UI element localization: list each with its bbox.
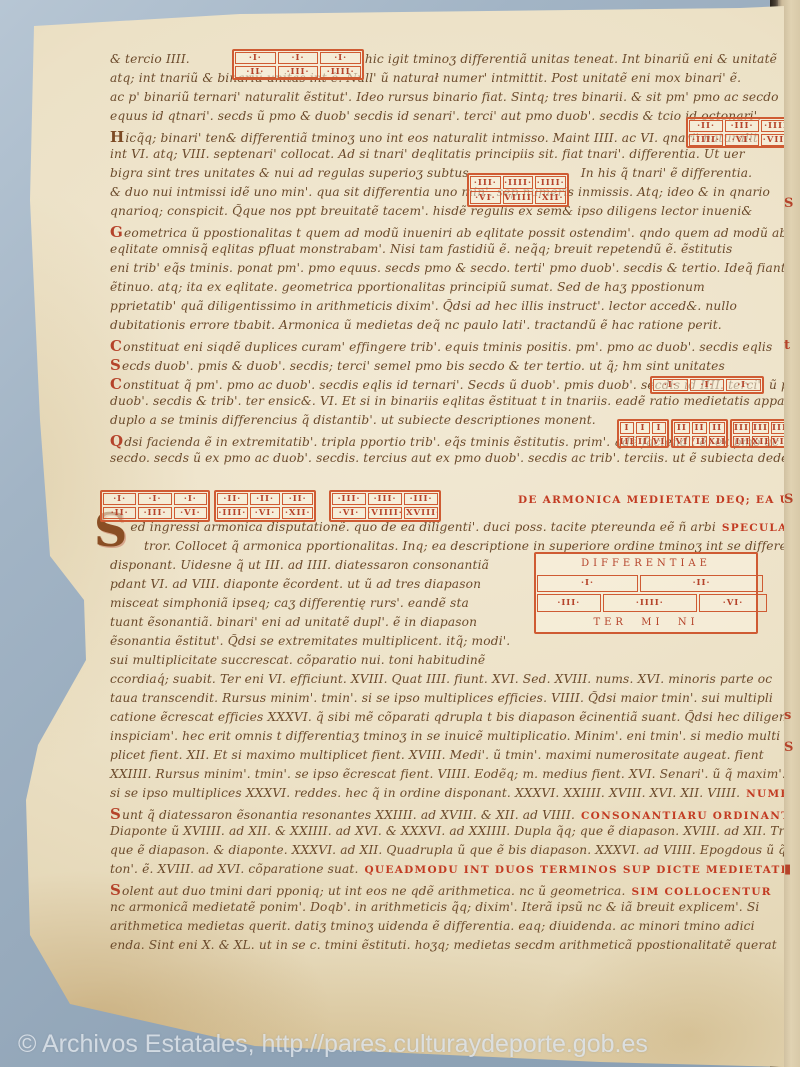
roman-numeral-cell: III — [752, 422, 769, 434]
table-row: ·II··III··IIII· — [688, 119, 796, 133]
roman-numeral-cell: ·II· — [250, 493, 281, 505]
roman-numeral-cell: ·III· — [332, 493, 366, 505]
roman-numeral-cell: I — [636, 422, 650, 434]
roman-numeral-cell: ·III· — [138, 507, 171, 519]
roman-numeral-cell: ·VI· — [725, 134, 759, 146]
roman-numeral-cell: ·IIII· — [689, 134, 723, 146]
roman-numeral-cell: ·I· — [726, 379, 761, 391]
table-row: ·VI··VIIII··XII· — [469, 190, 567, 205]
table-row: ·I··I··I· — [102, 492, 208, 506]
facing-page-letter-fragment: t — [784, 338, 790, 353]
roman-numeral-cell: ·I· — [320, 52, 361, 64]
roman-numeral-cell: ·XII· — [282, 507, 313, 519]
roman-numeral-cell: ·III· — [278, 66, 319, 78]
roman-numeral-cell: ·III· — [404, 493, 438, 505]
roman-numeral-cell: ·I· — [174, 493, 207, 505]
facing-page-letter-fragment: S — [784, 492, 793, 507]
copyright-watermark: © Archivos Estatales, http://pares.cultu… — [18, 1030, 798, 1059]
table-row: IIIIIIIII — [732, 421, 789, 435]
roman-numeral-cell: ·VIIII· — [368, 507, 402, 519]
table-row: IIIIII — [673, 421, 726, 435]
table-row: ·III··IIII··IIII· — [469, 175, 567, 190]
roman-numeral-cell: ·VI· — [332, 507, 366, 519]
roman-numeral-cell: II — [674, 422, 690, 434]
roman-numeral-cell: ·IIII· — [503, 176, 534, 189]
roman-numeral-cell: I — [620, 422, 634, 434]
table-row: ·II··II··II· — [216, 492, 314, 506]
roman-numeral-cell: ·VI· — [470, 191, 501, 204]
roman-numeral-cell: ·III· — [725, 120, 759, 132]
table-row: ·II··III··VI· — [102, 506, 208, 520]
roman-numeral-cell: ·I· — [653, 379, 688, 391]
numeral-table: ·II··II··II··IIII··VI··XII· — [214, 490, 316, 522]
parchment-page: & tercio IIII.hic igit tminoʒ differenti… — [0, 0, 784, 1067]
table-row: ·I··II· — [536, 574, 756, 594]
roman-numeral-cell: IIII — [636, 436, 650, 448]
table-row: ·I··I··I· — [234, 51, 362, 65]
roman-numeral-cell: ·I· — [138, 493, 171, 505]
roman-numeral-cell: III — [733, 422, 750, 434]
roman-numeral-cell: ·III· — [537, 594, 601, 612]
facing-page-letter-fragment: S — [784, 196, 793, 211]
table-row: ·IIII··VI··XII· — [216, 506, 314, 520]
roman-numeral-cell: XII — [752, 436, 769, 448]
roman-numeral-cell: VIIII — [733, 436, 750, 448]
facing-page-letter-fragment: s — [784, 708, 791, 723]
table-row: ·II··III··IIII· — [234, 65, 362, 79]
roman-numeral-cell: ·IIII· — [217, 507, 248, 519]
table-footer-termini: TER MI NI — [536, 613, 756, 633]
roman-numeral-cell: II — [692, 422, 708, 434]
roman-numeral-cell: ·II· — [235, 66, 276, 78]
table-row: III — [619, 421, 667, 435]
table-row: ·III··III··III· — [331, 492, 439, 506]
numeral-table: IIIIIIIIIVIIIIXIIXVIII — [730, 419, 791, 448]
roman-numeral-cell: ·II· — [282, 493, 313, 505]
table-row: VIVIIIXII — [673, 435, 726, 449]
roman-numeral-cell: ·I· — [690, 379, 725, 391]
table-row: ·I··I··I· — [652, 378, 762, 392]
roman-numeral-cell: XII — [709, 436, 725, 448]
numeral-table: IIIIIIVIVIIIXII — [671, 419, 728, 448]
roman-numeral-cell: ·IIII· — [603, 594, 697, 612]
roman-numeral-cell: ·III· — [470, 176, 501, 189]
roman-numeral-cell: ·I· — [278, 52, 319, 64]
numeral-table: ·III··IIII··IIII··VI··VIIII··XII· — [467, 173, 569, 207]
table-row: ·IIII··VI··VIII· — [688, 133, 796, 147]
roman-numeral-cell: ·II· — [103, 507, 136, 519]
table-row: ·III··IIII··VI· — [536, 593, 756, 613]
tables-layer: ·I··I··I··II··III··IIII··II··III··IIII··… — [0, 0, 784, 1067]
roman-numeral-cell: ·II· — [640, 575, 763, 593]
table-row: VIIIIXIIXVIII — [732, 435, 789, 449]
differentiae-termini-table: DIFFERENTIAE·I··II··III··IIII··VI·TER MI… — [534, 552, 758, 634]
roman-numeral-cell: ·VI· — [174, 507, 207, 519]
table-header-differentiae: DIFFERENTIAE — [536, 554, 756, 574]
roman-numeral-cell: ·VI· — [250, 507, 281, 519]
numeral-table: ·II··III··IIII··IIII··VI··VIII· — [686, 117, 798, 148]
roman-numeral-cell: ·II· — [217, 493, 248, 505]
roman-numeral-cell: VI — [674, 436, 690, 448]
numeral-table: ·I··I··I··II··III··IIII· — [232, 49, 364, 80]
roman-numeral-cell: ·I· — [103, 493, 136, 505]
facing-page-letter-fragment: ▮ — [784, 862, 791, 877]
roman-numeral-cell: ·I· — [235, 52, 276, 64]
roman-numeral-cell: ·IIII· — [320, 66, 361, 78]
roman-numeral-cell: III — [620, 436, 634, 448]
roman-numeral-cell: II — [709, 422, 725, 434]
roman-numeral-cell: ·III· — [368, 493, 402, 505]
roman-numeral-cell: ·XVIII· — [404, 507, 438, 519]
roman-numeral-cell: VIII — [692, 436, 708, 448]
roman-numeral-cell: I — [652, 422, 666, 434]
table-row: ·VI··VIIII··XVIII· — [331, 506, 439, 520]
numeral-table: ·III··III··III··VI··VIIII··XVIII· — [329, 490, 441, 522]
roman-numeral-cell: ·XII· — [535, 191, 566, 204]
numeral-table: IIIIIIIIIIVI — [617, 419, 669, 448]
roman-numeral-cell: ·VIIII· — [503, 191, 534, 204]
roman-numeral-cell: ·II· — [689, 120, 723, 132]
roman-numeral-cell: ·VI· — [699, 594, 767, 612]
numeral-table: ·I··I··I· — [650, 376, 764, 394]
manuscript-photo: StSsS▮ & tercio IIII.hic igit tminoʒ dif… — [0, 0, 800, 1067]
numeral-table: ·I··I··I··II··III··VI· — [100, 490, 210, 522]
roman-numeral-cell: VI — [652, 436, 666, 448]
facing-page-letter-fragment: S — [784, 740, 793, 755]
roman-numeral-cell: ·IIII· — [535, 176, 566, 189]
table-row: IIIIIIIVI — [619, 435, 667, 449]
roman-numeral-cell: ·I· — [537, 575, 638, 593]
